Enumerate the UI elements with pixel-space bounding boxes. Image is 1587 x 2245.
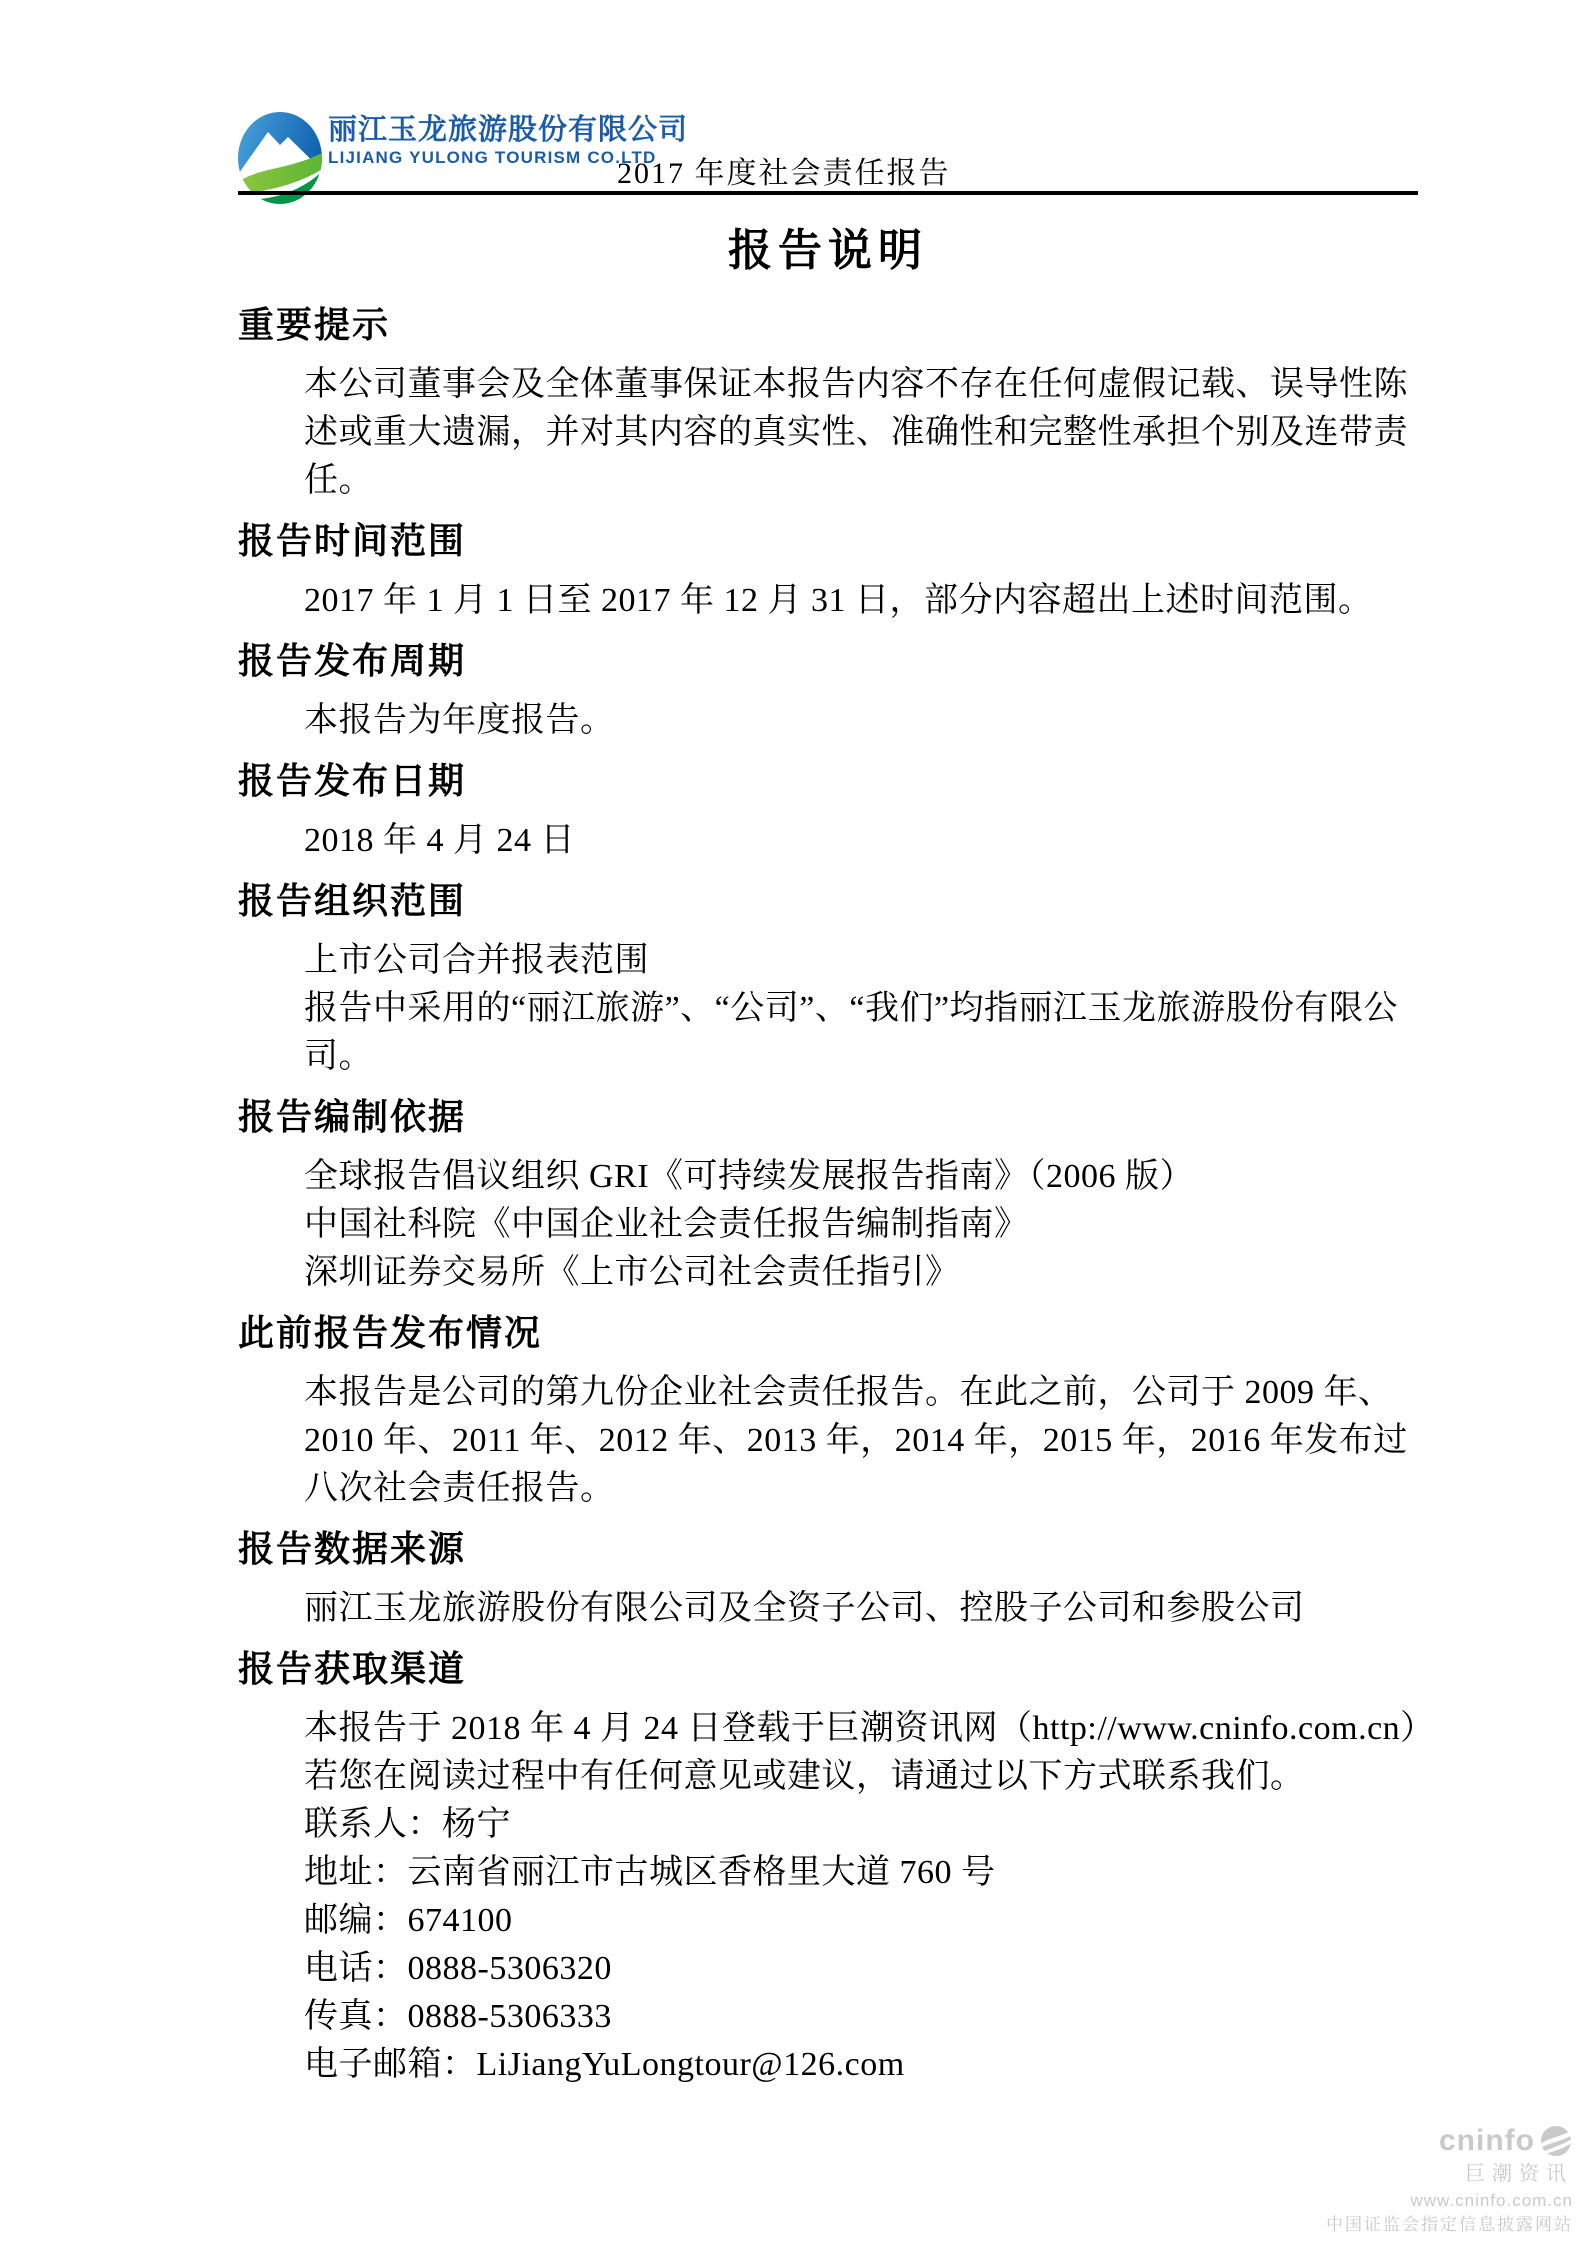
contact-phone-line: 电话：0888-5306320 (238, 1945, 1418, 1993)
section-paragraph: 报告中采用的“丽江旅游”、“公司”、“我们”均指丽江玉龙旅游股份有限公司。 (238, 985, 1418, 1081)
cninfo-watermark: cninfo 巨潮资讯 www.cninfo.com.cn 中国证监会指定信息披… (1326, 2122, 1573, 2235)
section-heading: 报告编制依据 (238, 1095, 1418, 1139)
section-heading: 此前报告发布情况 (238, 1311, 1418, 1355)
section-heading: 报告获取渠道 (238, 1647, 1418, 1691)
section-paragraph: 2018 年 4 月 24 日 (238, 817, 1418, 865)
cninfo-name-cn: 巨潮资讯 (1326, 2162, 1573, 2187)
section-heading: 报告组织范围 (238, 879, 1418, 923)
section-heading: 报告数据来源 (238, 1527, 1418, 1571)
section-report-date: 报告发布日期 2018 年 4 月 24 日 (238, 759, 1418, 865)
cninfo-url: www.cninfo.com.cn (1326, 2190, 1573, 2211)
section-data-source: 报告数据来源 丽江玉龙旅游股份有限公司及全资子公司、控股子公司和参股公司 (238, 1527, 1418, 1633)
section-paragraph: 本报告是公司的第九份企业社会责任报告。在此之前，公司于 2009 年、2010 … (238, 1369, 1418, 1513)
cninfo-wordmark: cninfo (1439, 2122, 1535, 2160)
section-report-scope: 报告组织范围 上市公司合并报表范围 报告中采用的“丽江旅游”、“公司”、“我们”… (238, 879, 1418, 1081)
report-page: 丽江玉龙旅游股份有限公司 LIJIANG YULONG TOURISM CO.L… (0, 0, 1587, 2245)
section-important-notice: 重要提示 本公司董事会及全体董事保证本报告内容不存在任何虚假记载、误导性陈述或重… (238, 303, 1418, 505)
page-header: 丽江玉龙旅游股份有限公司 LIJIANG YULONG TOURISM CO.L… (238, 0, 1418, 195)
section-heading: 重要提示 (238, 303, 1418, 347)
cninfo-tagline: 中国证监会指定信息披露网站 (1326, 2214, 1573, 2235)
report-year-label: 2017 年度社会责任报告 (617, 148, 951, 192)
section-report-cycle: 报告发布周期 本报告为年度报告。 (238, 639, 1418, 745)
section-paragraph: 上市公司合并报表范围 (238, 937, 1418, 985)
page-title: 报告说明 (238, 225, 1418, 277)
section-paragraph: 深圳证券交易所《上市公司社会责任指引》 (238, 1249, 1418, 1297)
section-heading: 报告发布日期 (238, 759, 1418, 803)
section-paragraph: 中国社科院《中国企业社会责任报告编制指南》 (238, 1201, 1418, 1249)
section-report-basis: 报告编制依据 全球报告倡议组织 GRI《可持续发展报告指南》（2006 版） 中… (238, 1095, 1418, 1297)
section-paragraph: 丽江玉龙旅游股份有限公司及全资子公司、控股子公司和参股公司 (238, 1585, 1418, 1633)
section-report-access: 报告获取渠道 本报告于 2018 年 4 月 24 日登载于巨潮资讯网（http… (238, 1647, 1418, 2089)
header-divider (238, 191, 1418, 195)
section-heading: 报告发布周期 (238, 639, 1418, 683)
contact-address-line: 地址：云南省丽江市古城区香格里大道 760 号 (238, 1849, 1418, 1897)
contact-fax-line: 传真：0888-5306333 (238, 1993, 1418, 2041)
section-paragraph: 若您在阅读过程中有任何意见或建议，请通过以下方式联系我们。 (238, 1753, 1418, 1801)
section-paragraph: 本报告于 2018 年 4 月 24 日登载于巨潮资讯网（http://www.… (238, 1705, 1418, 1753)
section-heading: 报告时间范围 (238, 519, 1418, 563)
section-paragraph: 本报告为年度报告。 (238, 697, 1418, 745)
contact-person-line: 联系人：杨宁 (238, 1801, 1418, 1849)
section-previous-reports: 此前报告发布情况 本报告是公司的第九份企业社会责任报告。在此之前，公司于 200… (238, 1311, 1418, 1513)
section-paragraph: 本公司董事会及全体董事保证本报告内容不存在任何虚假记载、误导性陈述或重大遗漏，并… (238, 361, 1418, 505)
section-report-time-range: 报告时间范围 2017 年 1 月 1 日至 2017 年 12 月 31 日，… (238, 519, 1418, 625)
section-paragraph: 全球报告倡议组织 GRI《可持续发展报告指南》（2006 版） (238, 1153, 1418, 1201)
cninfo-globe-icon (1539, 2124, 1573, 2158)
contact-postcode-line: 邮编：674100 (238, 1897, 1418, 1945)
section-paragraph: 2017 年 1 月 1 日至 2017 年 12 月 31 日，部分内容超出上… (238, 577, 1418, 625)
contact-email-line: 电子邮箱：LiJiangYuLongtour@126.com (238, 2041, 1418, 2089)
company-name-cn: 丽江玉龙旅游股份有限公司 (328, 116, 688, 145)
